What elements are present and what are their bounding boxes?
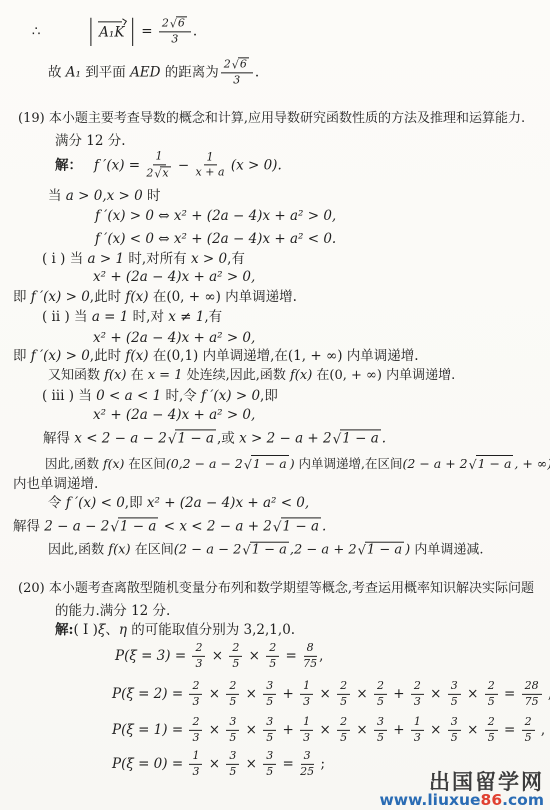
math-run: × [204, 756, 224, 772]
math-run: 3 [414, 732, 421, 745]
math-run: f(x) [104, 368, 126, 384]
numerator: 1 [411, 716, 424, 731]
math-run: a = 1 [92, 309, 129, 325]
math-run: x < 2 − a − 2 [74, 430, 167, 446]
fraction: 325 [300, 750, 314, 778]
math-run: 3 [195, 658, 202, 671]
numerator: 1 [153, 150, 166, 165]
text-run: 内单调递增,在区间 [295, 456, 403, 471]
math-run: 2 [377, 680, 384, 693]
math-run: a > 1 [88, 251, 125, 267]
square-root: √1 − a [110, 517, 158, 534]
radicand: 1 − a [476, 455, 514, 471]
denominator: 3 [414, 731, 421, 745]
numerator: 2 [226, 680, 239, 695]
denominator: 5 [525, 731, 532, 745]
denominator: 3 [171, 32, 178, 46]
case-ii-header: ( ⅱ ) 当 a = 1 时,对 x ≠ 1,有 [42, 309, 222, 325]
p-xi-0: P(ξ = 0) = 13 × 35 × 35 = 325 ; [112, 750, 325, 778]
fraction: 13 [189, 750, 202, 778]
math-run: 1 [414, 716, 421, 729]
fraction: 25 [226, 680, 239, 708]
problem-19-score: 满分 12 分. [55, 133, 126, 149]
fraction: 13 [411, 716, 424, 744]
denominator: 5 [488, 695, 495, 709]
denominator: 5 [377, 731, 384, 745]
numerator: 2√6 [221, 57, 253, 73]
denominator: 5 [266, 695, 273, 709]
math-run: 2 [229, 680, 236, 693]
math-run: 2 [525, 716, 532, 729]
fraction: 35 [448, 680, 461, 708]
math-run: 2 − a − 2 [44, 518, 109, 534]
math-run: x > 2 − a + 2 [239, 430, 332, 446]
math-run: 5 [229, 696, 236, 709]
numerator: 2 [522, 716, 535, 731]
math-run: × [315, 722, 335, 738]
math-run: 2 [269, 642, 276, 655]
numerator: 2 [229, 642, 242, 657]
document-page: 出国留学网 www.liuxue86.com ∴|A₁K| = 2√63.故 A… [0, 0, 550, 810]
math-run: 2 [192, 716, 199, 729]
numerator: 3 [226, 716, 239, 731]
numerator: 2 [337, 680, 350, 695]
math-run: 2 [488, 716, 495, 729]
text-run: 内也单调递增. [13, 476, 98, 492]
math-run: 3 [229, 716, 236, 729]
text-run: ∴ [32, 23, 41, 39]
text-run: 在(0,1) 内单调递增,在(1, + ∞) 内单调递增. [149, 348, 419, 364]
square-root: √1 − a [333, 429, 381, 446]
square-root: √1 − a [244, 455, 289, 471]
denominator: 5 [266, 765, 273, 779]
text-run: 的可能取值分别为 3,2,1,0. [127, 622, 295, 638]
math-run: × [352, 722, 372, 738]
math-run: × [244, 648, 264, 664]
fraction: 23 [411, 680, 424, 708]
numerator: 1 [300, 680, 313, 695]
text-run: 处连续,因此,函数 [182, 368, 290, 384]
math-run: x [162, 166, 168, 179]
text-run: 解得 [43, 430, 74, 446]
math-run: 28 [525, 680, 539, 693]
denominator: 5 [266, 731, 273, 745]
math-run: 3 [229, 750, 236, 763]
text-run: 时,令 [161, 388, 201, 404]
fraction: 25 [337, 680, 350, 708]
math-run: 3 [303, 732, 310, 745]
numerator: 2 [411, 680, 424, 695]
text-run: . [193, 23, 197, 39]
math-run: − [174, 157, 194, 173]
numerator: 2 [485, 680, 498, 695]
text-run: 因此,函数 [48, 542, 108, 558]
watermark: 出国留学网 www.liuxue86.com [379, 772, 544, 809]
denominator: 5 [232, 657, 239, 671]
text-run: ,即 [125, 495, 147, 511]
radicand: x [160, 166, 170, 180]
solution-20-values: 解:( Ⅰ )ξ、η 的可能取值分别为 3,2,1,0. [55, 622, 295, 638]
math-run: 5 [340, 696, 347, 709]
square-root: √6 [170, 16, 187, 30]
text-run: 在区间 [131, 542, 174, 558]
math-run: 2 [488, 680, 495, 693]
math-run: x² + (2a − 4)x + a² > 0, [93, 330, 255, 346]
text-run: (20) 本小题考查离散型随机变量分布列和数学期望等概念,考查运用概率知识解决实… [18, 581, 534, 597]
math-run: a > 0,x > 0 [66, 188, 143, 204]
math-run: P(ξ = 2) = [112, 686, 187, 702]
math-run: 1 − a [283, 518, 320, 534]
text-run: ; [316, 756, 325, 772]
fraction: 2√63 [159, 16, 191, 45]
denominator: 3 [192, 765, 199, 779]
watermark-url-prefix: www.liuxue [379, 791, 480, 809]
text-run: 故 [48, 64, 66, 80]
math-run: (x > 0). [227, 157, 282, 173]
absolute-value-bar: | [130, 14, 135, 48]
math-run: 3 [414, 696, 421, 709]
radicand: 1 − a [340, 429, 381, 446]
numerator: 28 [522, 680, 542, 695]
denominator: 5 [451, 695, 458, 709]
fraction: 35 [226, 750, 239, 778]
text-run: ( ⅰ ) 当 [42, 251, 88, 267]
solution-19-fprime: 解：f ′(x) = 12√x − 1x + a (x > 0). [55, 150, 282, 179]
denominator: 3 [195, 657, 202, 671]
text-run: 时,对所有 [124, 251, 191, 267]
numerator: 2 [337, 716, 350, 731]
math-run: 2 [224, 58, 231, 71]
math-run: = [278, 756, 298, 772]
radicand: 1 − a [175, 429, 216, 446]
denominator: 2√x [146, 165, 171, 180]
case-i-conclusion: 即 f ′(x) > 0,此时 f(x) 在(0, + ∞) 内单调递增. [13, 289, 297, 305]
text-run: , [537, 722, 546, 738]
math-run: f ′(x) < 0 [66, 495, 125, 511]
radicand: 1 − a [118, 517, 159, 534]
denominator: 25 [300, 765, 314, 779]
absolute-value-bar: | [89, 14, 94, 48]
math-run: × [241, 722, 261, 738]
math-run: x ≠ 1 [168, 309, 204, 325]
numerator: 2 [374, 680, 387, 695]
math-run: f ′(x) > 0 ⇔ x² + (2a − 4)x + a² > 0, [95, 208, 336, 224]
numerator: 1 [189, 750, 202, 765]
math-run: × [426, 686, 446, 702]
math-run: 2 [340, 716, 347, 729]
fraction: 23 [192, 642, 205, 670]
text-run: , [319, 648, 323, 664]
denominator: 5 [451, 731, 458, 745]
denominator: 5 [377, 695, 384, 709]
fraction: 12√x [146, 150, 171, 179]
math-run: 1 − a [342, 430, 379, 446]
fraction: 25 [337, 716, 350, 744]
fraction: 35 [263, 750, 276, 778]
numerator: 2 [266, 642, 279, 657]
denominator: 3 [303, 695, 310, 709]
denominator: 5 [340, 695, 347, 709]
square-root: √1 − a [469, 455, 514, 471]
therefore-a1k-magnitude: ∴|A₁K| = 2√63. [32, 16, 197, 45]
math-run: 8 [307, 642, 314, 655]
case-i-header: ( ⅰ ) 当 a > 1 时,对所有 x > 0,有 [42, 251, 245, 267]
math-run: 2 [162, 17, 169, 30]
math-run: 5 [269, 658, 276, 671]
math-run: 5 [340, 732, 347, 745]
text-run: ,有 [204, 309, 222, 325]
math-run: 75 [303, 658, 317, 671]
math-run: f(x) [108, 542, 130, 558]
math-run: = [281, 648, 301, 664]
math-run: 5 [377, 732, 384, 745]
math-run: f ′(x) > 0 [31, 348, 90, 364]
text-run: ,有 [227, 251, 245, 267]
math-run: . [382, 430, 386, 446]
radicand: 1 − a [281, 517, 322, 534]
continuity-note: 又知函数 f(x) 在 x = 1 处连续,因此,函数 f(x) 在(0, + … [48, 368, 455, 384]
text-run: 在(0, + ∞) 内单调递增. [312, 368, 455, 384]
text-run: 即 [13, 289, 31, 305]
math-run: 1 − a [252, 543, 287, 558]
math-run: + [389, 686, 409, 702]
math-run: P(ξ = 1) = [112, 722, 187, 738]
math-run: 5 [377, 696, 384, 709]
p-xi-2: P(ξ = 2) = 23 × 25 × 35 + 13 × 25 × 25 +… [112, 680, 550, 708]
text-run: 令 [48, 495, 66, 511]
math-run: + [389, 722, 409, 738]
math-run: ξ [98, 622, 105, 638]
math-run: 5 [451, 696, 458, 709]
math-run: ,2 − a + 2 [290, 542, 357, 558]
math-run: = [137, 23, 157, 39]
math-run: 3 [192, 766, 199, 779]
math-run: + [278, 686, 298, 702]
numerator: 3 [301, 750, 314, 765]
text-run: 即 [13, 348, 31, 364]
numerator: 3 [263, 716, 276, 731]
fraction: 25 [522, 716, 535, 744]
text-run: 因此,函数 [45, 456, 103, 471]
fraction: 35 [226, 716, 239, 744]
case-ii-inequality: x² + (2a − 4)x + a² > 0, [93, 330, 255, 346]
math-run: 1 [303, 716, 310, 729]
math-run: 2 [232, 642, 239, 655]
fraction: 25 [374, 680, 387, 708]
case-iii-header: ( ⅲ ) 当 0 < a < 1 时,令 f ′(x) > 0,即 [42, 388, 278, 404]
numerator: 3 [263, 750, 276, 765]
math-run: × [204, 722, 224, 738]
denominator: 75 [303, 657, 317, 671]
math-run: 1 − a [120, 518, 157, 534]
numerator: 2 [189, 680, 202, 695]
math-run: × [315, 686, 335, 702]
fprime-positive-equiv: f ′(x) > 0 ⇔ x² + (2a − 4)x + a² > 0, [95, 208, 336, 224]
denominator: 3 [192, 695, 199, 709]
math-run: 3 [233, 74, 240, 87]
numerator: 3 [448, 680, 461, 695]
math-run: 3 [451, 716, 458, 729]
math-run: 5 [229, 766, 236, 779]
math-run: × [204, 686, 224, 702]
fraction: 23 [189, 680, 202, 708]
let-fprime-negative: 令 f ′(x) < 0,即 x² + (2a − 4)x + a² < 0, [48, 495, 309, 511]
fraction: 25 [229, 642, 242, 670]
fraction: 35 [263, 680, 276, 708]
solve-decrease: 解得 2 − a − 2√1 − a < x < 2 − a + 2√1 − a… [13, 517, 326, 534]
text-run: 满分 12 分. [55, 133, 126, 149]
fraction: 875 [303, 642, 317, 670]
math-run: 3 [266, 716, 273, 729]
text-run: 在区间 [124, 456, 165, 471]
text-run: 时,对 [128, 309, 168, 325]
text-run: ( Ⅰ ) [73, 622, 97, 638]
solve-increase: 解得 x < 2 − a − 2√1 − a,或 x > 2 − a + 2√1… [43, 429, 386, 446]
p-xi-1: P(ξ = 1) = 23 × 35 × 35 + 13 × 25 × 35 +… [112, 716, 545, 744]
math-run: × [463, 722, 483, 738]
watermark-url-number: 86 [481, 791, 503, 809]
math-run: 75 [525, 696, 539, 709]
radicand: 1 − a [250, 542, 289, 559]
text-run: ,此时 [90, 348, 126, 364]
math-run: x > 0 [191, 251, 227, 267]
math-run: x² + (2a − 4)x + a² > 0, [93, 407, 255, 423]
math-run: f ′(x) > 0 [201, 388, 260, 404]
square-root: √1 − a [242, 542, 288, 559]
problem-19-intro: (19) 本小题主要考查导数的概念和计算,应用导数研究函数性质的方法及推理和运算… [18, 111, 525, 127]
denominator: 75 [525, 695, 539, 709]
math-run: 6 [178, 16, 185, 29]
math-run: 25 [300, 766, 314, 779]
numerator: 3 [226, 750, 239, 765]
math-run: 1 − a [478, 456, 512, 471]
denominator: 3 [192, 731, 199, 745]
radicand: 1 − a [251, 455, 289, 471]
text-run: 的能力.满分 12 分. [55, 603, 170, 619]
text-run: , [544, 686, 550, 702]
math-run: f(x) [103, 456, 124, 471]
math-run: f ′(x) > 0 [31, 289, 90, 305]
math-run: x + a [196, 167, 225, 180]
denominator: 3 [233, 73, 240, 87]
square-root: √1 − a [168, 429, 216, 446]
text-run: 、 [105, 622, 119, 638]
distance-conclusion: 故 A₁ 到平面 AED 的距离为2√63. [48, 57, 259, 86]
text-run: 又知函数 [48, 368, 104, 384]
denominator: 5 [269, 657, 276, 671]
text-run: ( ⅲ ) 当 [42, 388, 96, 404]
math-run: (2 − a − 2 [174, 542, 242, 558]
math-run: 2 [146, 167, 153, 180]
text-run: 到平面 [81, 64, 130, 80]
text-run: 在(0, + ∞) 内单调递增. [149, 289, 297, 305]
case-condition: 当 a > 0,x > 0 时 [48, 188, 161, 204]
case-i-inequality: x² + (2a − 4)x + a² > 0, [93, 269, 255, 285]
math-run: 5 [488, 732, 495, 745]
denominator: 5 [340, 731, 347, 745]
math-run: 3 [192, 732, 199, 745]
math-run: = [500, 722, 520, 738]
fraction: 13 [300, 680, 313, 708]
numerator: 1 [300, 716, 313, 731]
denominator: 3 [303, 731, 310, 745]
fraction: 25 [266, 642, 279, 670]
math-run: 5 [525, 732, 532, 745]
numerator: 2 [189, 716, 202, 731]
math-run: f(x) [290, 368, 312, 384]
increase-intervals: 因此,函数 f(x) 在区间(0,2 − a − 2√1 − a) 内单调递增,… [45, 455, 550, 471]
fprime-negative-equiv: f ′(x) < 0 ⇔ x² + (2a − 4)x + a² < 0. [95, 231, 336, 247]
denominator: 5 [229, 695, 236, 709]
bold-text-run: 解: [55, 622, 73, 638]
numerator: 8 [304, 642, 317, 657]
math-run: × [241, 756, 261, 772]
text-run: ( ⅱ ) 当 [42, 309, 92, 325]
math-run: x = 1 [148, 368, 183, 384]
math-run: f(x) [125, 348, 148, 364]
text-run: 的距离为 [161, 64, 219, 80]
problem-20-intro: (20) 本小题考查离散型随机变量分布列和数学期望等概念,考查运用概率知识解决实… [18, 581, 534, 597]
fraction: 25 [485, 716, 498, 744]
denominator: 5 [488, 731, 495, 745]
math-run: 3 [451, 680, 458, 693]
math-run: x² + (2a − 4)x + a² < 0, [147, 495, 309, 511]
denominator: 3 [414, 695, 421, 709]
text-run: 当 [48, 188, 66, 204]
math-run: × [426, 722, 446, 738]
numerator: 2 [485, 716, 498, 731]
math-run: = [500, 686, 520, 702]
math-run: x² + (2a − 4)x + a² > 0, [93, 269, 255, 285]
text-run: . [255, 64, 259, 80]
bold-text-run: 解： [55, 157, 82, 173]
denominator: 5 [229, 765, 236, 779]
numerator: 3 [448, 716, 461, 731]
fraction: 25 [485, 680, 498, 708]
math-run: 3 [304, 750, 311, 763]
math-run: × [352, 686, 372, 702]
math-run: 3 [377, 716, 384, 729]
problem-20-intro-cont: 的能力.满分 12 分. [55, 603, 170, 619]
math-run: × [241, 686, 261, 702]
numerator: 1 [204, 151, 217, 166]
fraction: 13 [300, 716, 313, 744]
math-run: f ′(x) < 0 ⇔ x² + (2a − 4)x + a² < 0. [95, 231, 336, 247]
math-run: 2 [195, 642, 202, 655]
square-root: √6 [232, 57, 249, 71]
math-run: 0 < a < 1 [96, 388, 161, 404]
vector-overline: A₁K [99, 22, 124, 40]
text-run: (19) 本小题主要考查导数的概念和计算,应用导数研究函数性质的方法及推理和运算… [18, 111, 525, 127]
text-run: ,此时 [90, 289, 126, 305]
math-run: 3 [266, 680, 273, 693]
math-run: AED [130, 64, 160, 80]
numerator: 2 [192, 642, 205, 657]
math-run: f ′(x) = [94, 157, 144, 173]
math-run: 2 [414, 680, 421, 693]
fraction: 35 [448, 716, 461, 744]
math-run: A₁ [66, 64, 81, 80]
numerator: 2√6 [159, 16, 191, 32]
math-run: (0,2 − a − 2 [166, 456, 243, 471]
increase-intervals-cont: 内也单调递增. [13, 476, 98, 492]
fraction: 1x + a [196, 151, 225, 179]
fraction: 2√63 [221, 57, 253, 86]
math-run: 2 [340, 680, 347, 693]
square-root: √1 − a [358, 542, 404, 559]
case-iii-inequality: x² + (2a − 4)x + a² > 0, [93, 407, 255, 423]
radicand: 6 [176, 16, 187, 30]
